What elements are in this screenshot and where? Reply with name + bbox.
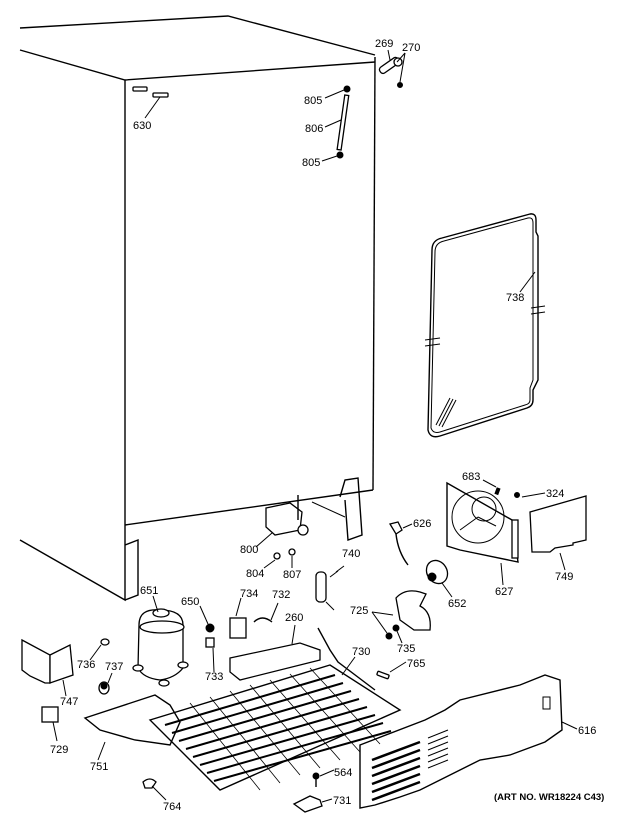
label-765: 765: [407, 658, 425, 670]
label-650: 652: [448, 598, 466, 610]
label-725: 651: [140, 585, 158, 597]
label-805-bottom: 805: [302, 157, 320, 169]
part-734[interactable]: [230, 598, 246, 638]
part-564-screw[interactable]: [313, 770, 334, 787]
part-738-heater-loop[interactable]: [425, 214, 545, 437]
part-735[interactable]: [200, 606, 214, 632]
part-805-806-rod[interactable]: [322, 86, 350, 161]
label-626: 626: [413, 518, 431, 530]
part-616-grille[interactable]: [360, 675, 577, 808]
part-651-652-fan-blade[interactable]: [372, 591, 430, 643]
label-627: 627: [495, 586, 513, 598]
label-683: 683: [462, 471, 480, 483]
part-749-cover[interactable]: [530, 496, 586, 570]
part-807[interactable]: [289, 549, 295, 568]
label-764: 764: [163, 801, 181, 813]
label-651: 725: [350, 605, 368, 617]
label-732: 732: [272, 589, 290, 601]
label-805-top: 805: [304, 95, 322, 107]
part-764[interactable]: [143, 779, 166, 800]
part-269-270-hinge[interactable]: [378, 50, 405, 88]
part-630[interactable]: [133, 87, 168, 118]
part-736[interactable]: [90, 639, 109, 660]
label-730: 730: [352, 646, 370, 658]
part-650-fan-motor[interactable]: [422, 557, 452, 597]
part-737[interactable]: [99, 673, 112, 694]
part-732[interactable]: [254, 603, 278, 622]
part-324-screw[interactable]: [515, 493, 546, 498]
label-751: 751: [90, 761, 108, 773]
label-270: 270: [402, 42, 420, 54]
label-740: 740: [342, 548, 360, 560]
label-564: 564: [334, 767, 352, 779]
label-807: 807: [283, 569, 301, 581]
label-616: 616: [578, 725, 596, 737]
label-806: 806: [305, 123, 323, 135]
part-804[interactable]: [264, 553, 280, 568]
label-804: 804: [246, 568, 264, 580]
label-800: 800: [240, 544, 258, 556]
part-725-compressor[interactable]: [133, 596, 188, 686]
part-627-fan-shroud[interactable]: [447, 483, 518, 585]
label-269: 269: [375, 38, 393, 50]
label-747: 747: [60, 696, 78, 708]
part-729[interactable]: [42, 707, 58, 741]
part-731[interactable]: [294, 796, 332, 812]
part-733[interactable]: [206, 638, 214, 672]
label-734: 734: [240, 588, 258, 600]
part-747-cover[interactable]: [22, 640, 73, 696]
part-765[interactable]: [377, 662, 406, 679]
label-324: 324: [546, 488, 564, 500]
art-number: (ART NO. WR18224 C43): [494, 792, 604, 803]
part-751-base[interactable]: [85, 695, 180, 760]
part-740[interactable]: [316, 566, 344, 610]
label-729: 729: [50, 744, 68, 756]
label-630: 630: [133, 120, 151, 132]
label-735: 650: [181, 596, 199, 608]
label-738: 738: [506, 292, 524, 304]
label-737: 737: [105, 661, 123, 673]
part-626-sensor[interactable]: [390, 522, 412, 565]
label-733: 733: [205, 671, 223, 683]
label-260: 260: [285, 612, 303, 624]
label-652: 735: [397, 643, 415, 655]
parts-diagram: 630 269 270 805 806 805 738: [0, 0, 624, 825]
label-731: 731: [333, 795, 351, 807]
label-736: 736: [77, 659, 95, 671]
label-749: 749: [555, 571, 573, 583]
